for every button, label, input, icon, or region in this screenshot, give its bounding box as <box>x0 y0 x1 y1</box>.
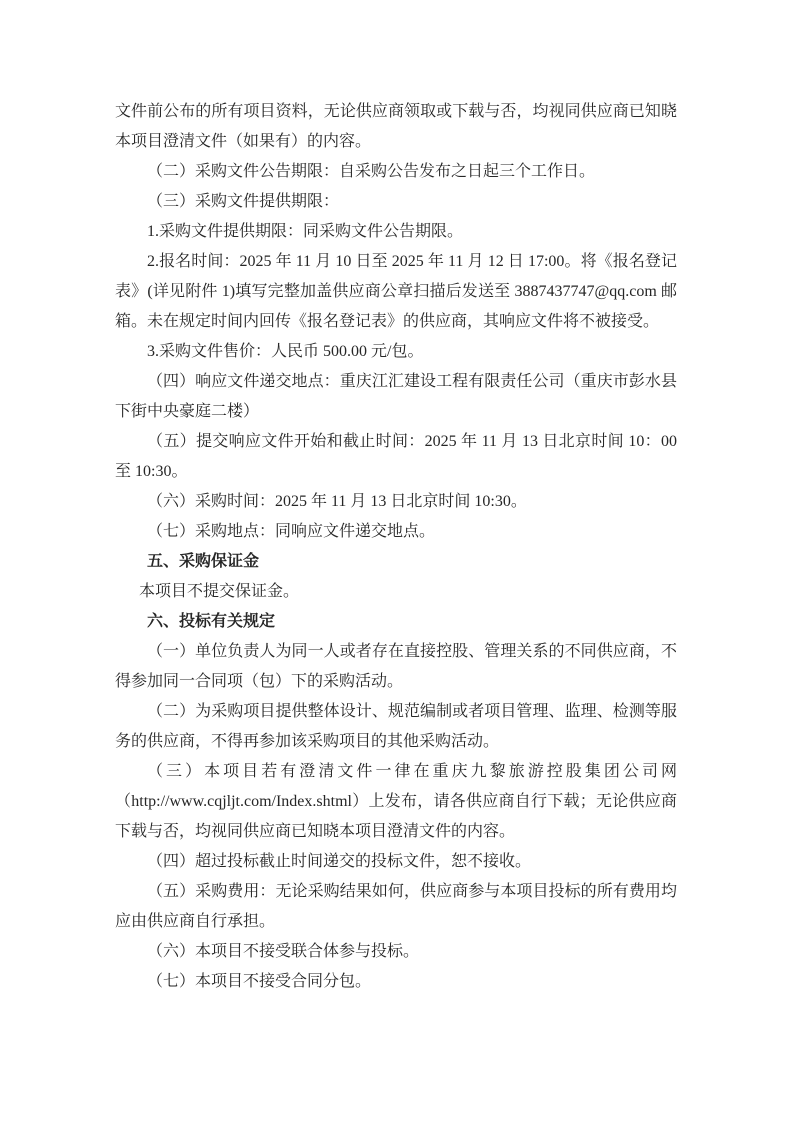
rule-same-person: （一）单位负责人为同一人或者存在直接控股、管理关系的不同供应商，不得参加同一合同… <box>115 637 677 697</box>
item-submission-start-end-time: （五）提交响应文件开始和截止时间：2025 年 11 月 13 日北京时间 10… <box>115 427 677 487</box>
rule-no-consortium: （六）本项目不接受联合体参与投标。 <box>115 937 677 967</box>
para-no-deposit: 本项目不提交保证金。 <box>115 577 677 607</box>
sub-document-price: 3.采购文件售价：人民币 500.00 元/包。 <box>115 337 677 367</box>
rule-no-subcontract: （七）本项目不接受合同分包。 <box>115 967 677 997</box>
item-procurement-location: （七）采购地点：同响应文件递交地点。 <box>115 517 677 547</box>
item-announcement-period: （二）采购文件公告期限：自采购公告发布之日起三个工作日。 <box>115 157 677 187</box>
rule-procurement-costs: （五）采购费用：无论采购结果如何，供应商参与本项目投标的所有费用均应由供应商自行… <box>115 877 677 937</box>
item-procurement-time: （六）采购时间：2025 年 11 月 13 日北京时间 10:30。 <box>115 487 677 517</box>
sub-provision-period: 1.采购文件提供期限：同采购文件公告期限。 <box>115 217 677 247</box>
rule-clarification-site-line: （三）本项目若有澄清文件一律在重庆九黎旅游控股集团公司网 <box>115 757 677 787</box>
item-response-delivery-location: （四）响应文件递交地点：重庆江汇建设工程有限责任公司（重庆市彭水县下街中央豪庭二… <box>115 367 677 427</box>
document-page: 文件前公布的所有项目资料，无论供应商领取或下载与否，均视同供应商已知晓本项目澄清… <box>0 0 793 1122</box>
heading-procurement-deposit: 五、采购保证金 <box>115 547 677 577</box>
rule-clarification-site-rest: （http://www.cqjljt.com/Index.shtml）上发布，请… <box>115 787 677 847</box>
para-prior-info-continuation: 文件前公布的所有项目资料，无论供应商领取或下载与否，均视同供应商已知晓本项目澄清… <box>115 97 677 157</box>
item-provision-period: （三）采购文件提供期限： <box>115 187 677 217</box>
rule-late-submission: （四）超过投标截止时间递交的投标文件，恕不接收。 <box>115 847 677 877</box>
rule-design-services: （二）为采购项目提供整体设计、规范编制或者项目管理、监理、检测等服务的供应商，不… <box>115 697 677 757</box>
sub-registration-time: 2.报名时间：2025 年 11 月 10 日至 2025 年 11 月 12 … <box>115 247 677 337</box>
heading-bidding-rules: 六、投标有关规定 <box>115 607 677 637</box>
